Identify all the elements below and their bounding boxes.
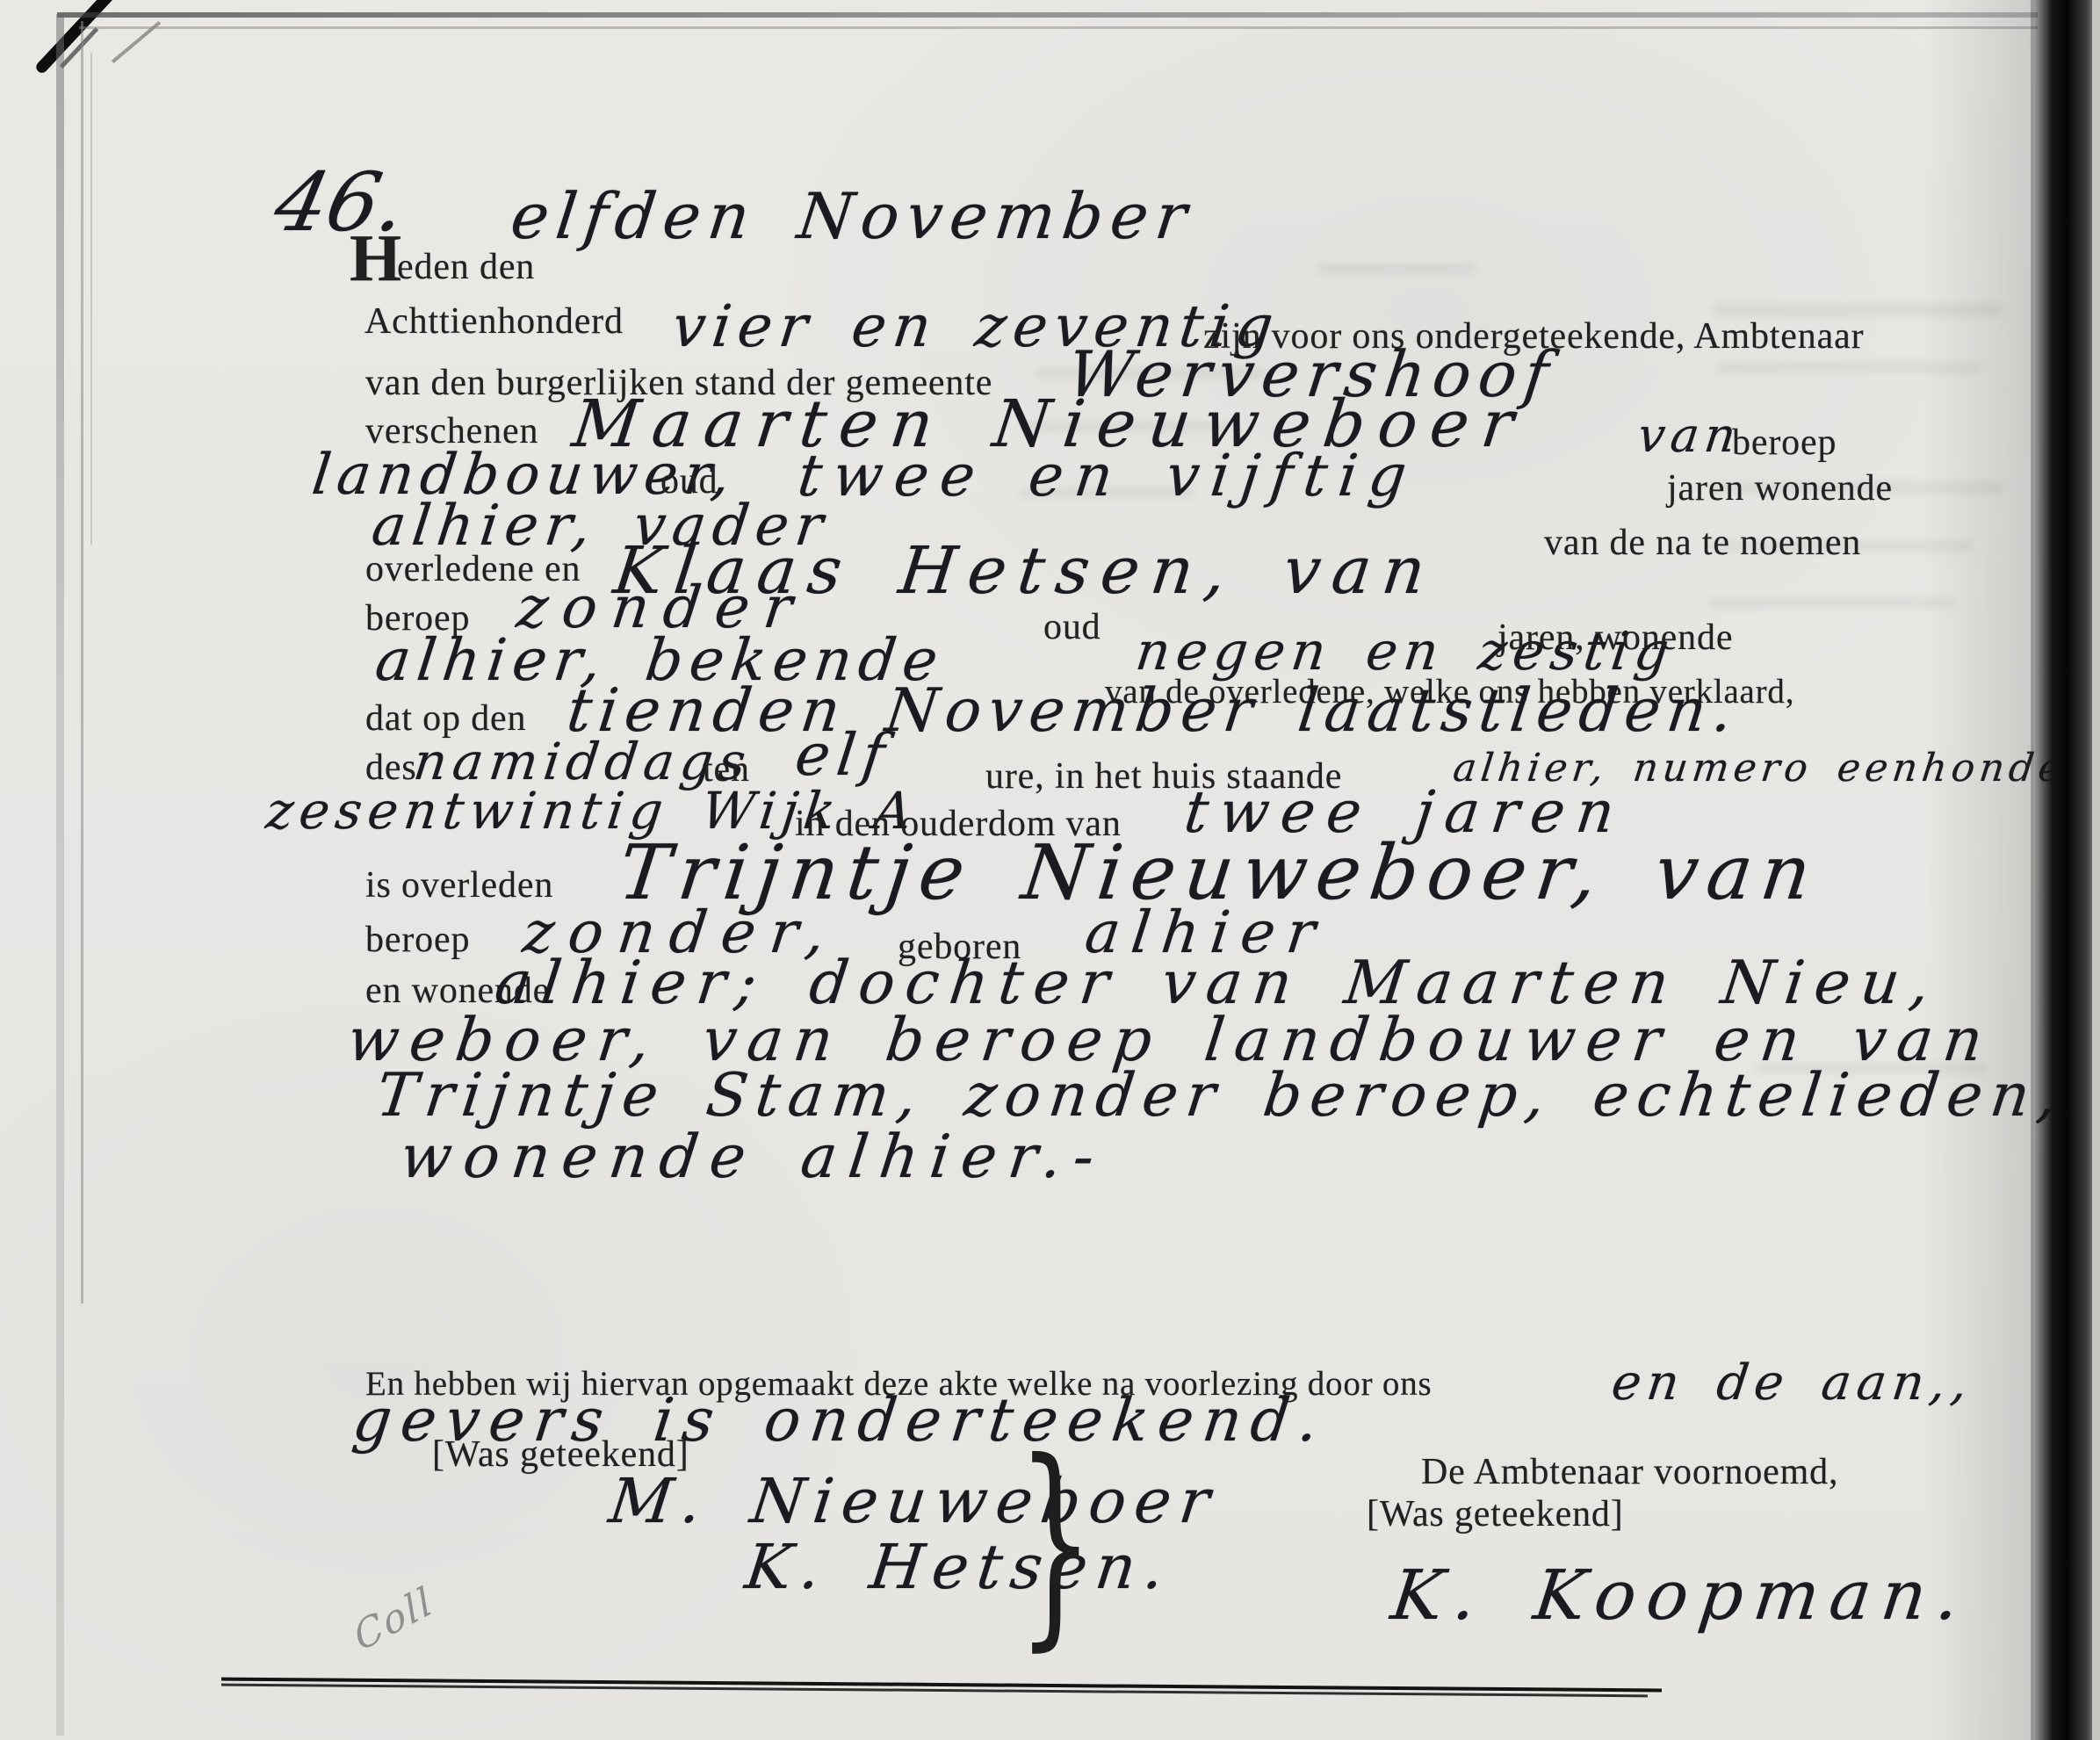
entry-parents-line-2: Trijntje Stam, zonder beroep, echteliede… (373, 1066, 2068, 1126)
printed-achttienhonderd: Achttienhonderd (364, 303, 624, 340)
printed-ambtenaar-voornoemd: De Ambtenaar voornoemd, (1421, 1454, 1838, 1491)
page-fold-line-top-2 (79, 26, 2038, 29)
entry-closing-script-1: en de aan,, (1609, 1359, 1976, 1408)
corner-fold-mark (34, 0, 116, 76)
printed-beroep-1: beroep (1732, 424, 1837, 461)
printed-heden-initial: H (350, 225, 403, 292)
entry-declarant1-van: van (1635, 412, 1744, 459)
signature-brace: } (1017, 1421, 1093, 1663)
signature-registrar: K. Koopman. (1388, 1562, 1974, 1630)
printed-jaren-wonende-2: jaren, wonende (1497, 619, 1733, 656)
printed-was-geteekend-right: [Was geteekend] (1367, 1496, 1624, 1533)
entry-parents-line-3: wonende alhier.- (397, 1128, 1109, 1188)
page-curl-shadow (1923, 0, 2033, 1740)
printed-na-te-noemen: van de na te noemen (1544, 524, 1861, 561)
scan-edge-strip (2092, 0, 2100, 1740)
bleedthrough-mark (1317, 264, 1476, 274)
signature-declarant2: K. Hetsen. (742, 1536, 1176, 1598)
book-gutter-shadow (2031, 0, 2092, 1740)
page-fold-line-left-3 (90, 53, 92, 545)
printed-jaren-wonende-1: jaren wonende (1667, 470, 1893, 507)
pencil-note: Coll (350, 1581, 438, 1657)
printed-beroep-3: beroep (365, 921, 470, 958)
closing-rule (221, 1678, 1662, 1698)
entry-deceased-residence: alhier; dochter van Maarten Nieu, (492, 954, 1944, 1014)
entry-death-hour: elf (792, 726, 894, 784)
page-fold-line-left (56, 14, 64, 1736)
entry-date-day-month: elfden November (508, 184, 1198, 248)
entry-declarant1-age: twee en vijftig (795, 447, 1421, 505)
printed-is-overleden: is overleden (365, 867, 553, 904)
signature-declarant1: M. Nieuweboer (606, 1470, 1222, 1532)
printed-heden-den: eden den (397, 249, 535, 285)
printed-oud-2: oud (1043, 609, 1101, 646)
death-record-scan: 46. H eden den elfden November Achttienh… (0, 0, 2100, 1740)
page-fold-line-top (57, 12, 2038, 18)
bleedthrough-mark (1708, 597, 1954, 608)
page-fold-line-left-2 (81, 21, 83, 1303)
